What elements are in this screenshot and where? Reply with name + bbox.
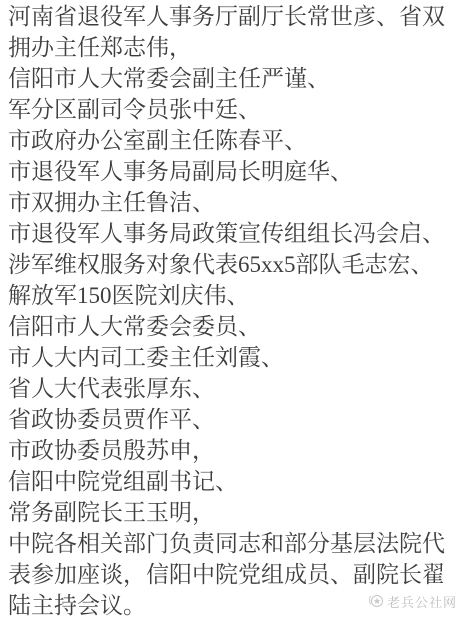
watermark-label: 老兵公社网 xyxy=(387,592,457,611)
paragraph: 省人大代表张厚东、 xyxy=(8,373,454,404)
paragraph: 市双拥办主任鲁洁、 xyxy=(8,187,454,218)
paragraph: 信阳中院党组副书记、 xyxy=(8,466,454,497)
article-body: 河南省退役军人事务厅副厅长常世彦、省双拥办主任郑志伟， 信阳市人大常委会副主任严… xyxy=(0,0,462,620)
paragraph: 市退役军人事务局政策宣传组组长冯会启、 xyxy=(8,218,454,249)
paragraph: 河南省退役军人事务厅副厅长常世彦、省双拥办主任郑志伟， xyxy=(8,1,454,63)
paragraph: 军分区副司令员张中廷、 xyxy=(8,94,454,125)
paragraph: 涉军维权服务对象代表65xx5部队毛志宏、 xyxy=(8,249,454,280)
paragraph: 省政协委员贾作平、 xyxy=(8,404,454,435)
paragraph: 信阳市人大常委会副主任严谨、 xyxy=(8,63,454,94)
paragraph: 市政府办公室副主任陈春平、 xyxy=(8,125,454,156)
paragraph: 解放军150医院刘庆伟、 xyxy=(8,280,454,311)
veteran-commune-logo-icon xyxy=(368,593,384,609)
paragraph: 常务副院长王玉明， xyxy=(8,497,454,528)
paragraph: 市政协委员殷苏申， xyxy=(8,435,454,466)
watermark: 老兵公社网 xyxy=(368,592,457,610)
paragraph: 市人大内司工委主任刘霞、 xyxy=(8,342,454,373)
paragraph: 市退役军人事务局副局长明庭华、 xyxy=(8,156,454,187)
paragraph: 信阳市人大常委会委员、 xyxy=(8,311,454,342)
